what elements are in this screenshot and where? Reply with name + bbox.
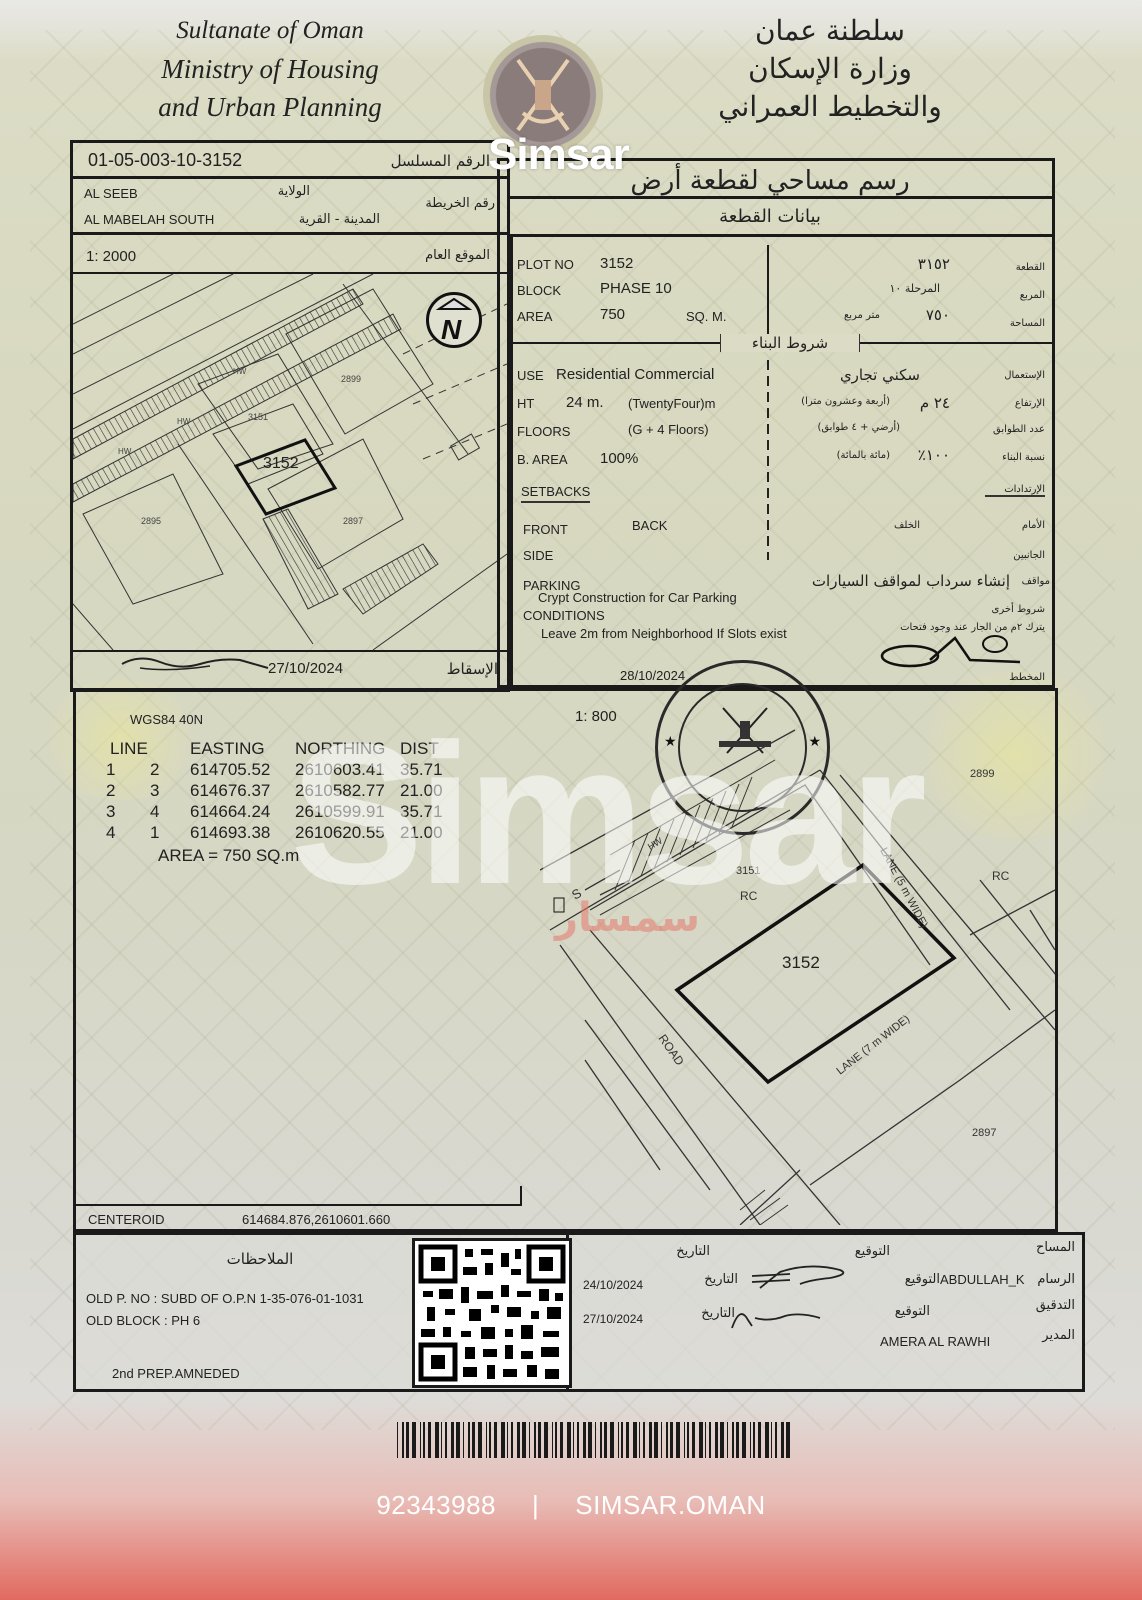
use-label-ar: الإستعمال — [980, 370, 1045, 381]
planner-label-ar: المخطط — [1000, 672, 1045, 683]
svg-text:3152: 3152 — [263, 455, 299, 472]
plot-no-label: PLOT NO — [517, 257, 574, 272]
qr-code[interactable] — [412, 1238, 572, 1388]
area-unit: SQ. M. — [686, 309, 726, 324]
svg-text:N: N — [441, 314, 462, 345]
area-summary: AREA = 750 SQ.m — [158, 846, 299, 866]
planner-signature — [870, 630, 1030, 672]
watermark-brand-ar: سمسار — [555, 895, 700, 941]
draftsman-date: 24/10/2024 — [583, 1278, 643, 1292]
village-label: المدينة - القرية — [260, 212, 380, 227]
checker-signature — [730, 1300, 830, 1330]
area-label: AREA — [517, 309, 552, 324]
old-block: OLD BLOCK : PH 6 — [86, 1313, 200, 1328]
cell-to: 1 — [140, 822, 190, 843]
height-words: (TwentyFour)m — [628, 396, 715, 411]
checker-signature-label: التوقيع — [860, 1304, 930, 1319]
serial-label: الرقم المسلسل — [340, 152, 490, 170]
parking-ar: إنشاء سرداب لمواقف السيارات — [780, 572, 1010, 590]
block-label-ar: المربع — [990, 290, 1045, 301]
height-words-ar: (أربعة وعشرون مترا) — [780, 396, 890, 407]
side-label: SIDE — [523, 548, 553, 563]
plot-data-title: بيانات القطعة — [600, 206, 940, 227]
draftsman-signature-label: التوقيع — [880, 1272, 940, 1287]
ministry-name-arabic: سلطنة عمان وزارة الإسكان والتخطيط العمرا… — [700, 12, 960, 126]
surveyor-label: المساح — [1010, 1240, 1075, 1255]
surveyor-signature-label: التوقيع — [820, 1244, 890, 1259]
svg-text:HW: HW — [118, 447, 132, 456]
building-area-ar: ١٠٠٪ — [895, 446, 950, 464]
setbacks-label: SETBACKS — [521, 484, 590, 503]
cell-easting: 614664.24 — [190, 801, 295, 822]
footer-handle[interactable]: SIMSAR.OMAN — [575, 1490, 765, 1521]
cell-easting: 614693.38 — [190, 822, 295, 843]
footer-contact: 92343988|SIMSAR.OMAN — [0, 1490, 1142, 1521]
setbacks-label-ar: الإرتدادات — [985, 484, 1045, 497]
conditions-label: CONDITIONS — [523, 608, 605, 623]
svg-text:3151: 3151 — [248, 412, 268, 422]
building-conditions-title: شروط البناء — [720, 334, 860, 352]
plot-no-ar: ٣١٥٢ — [880, 255, 950, 273]
svg-text:2897: 2897 — [972, 1127, 996, 1139]
height-label-ar: الإرتفاع — [980, 398, 1045, 409]
floors-label-ar: عدد الطوابق — [970, 424, 1045, 435]
datum-label: WGS84 40N — [130, 712, 203, 727]
block-ar: المرحلة ١٠ — [860, 282, 940, 295]
centroid-value: 614684.876,2610601.660 — [242, 1212, 390, 1227]
cell-easting: 614676.37 — [190, 780, 295, 801]
general-location-label: الموقع العام — [370, 248, 490, 263]
wilayat-value: AL SEEB — [84, 186, 138, 201]
side-label-ar: الجانبين — [975, 550, 1045, 561]
use-value: Residential Commercial — [556, 366, 714, 383]
back-label-ar: الخلف — [870, 520, 920, 531]
use-ar: سكني تجاري — [830, 366, 920, 384]
height-label: HT — [517, 396, 534, 411]
draftsman-label: الرسام — [1020, 1272, 1075, 1287]
conditions-label-ar: شروط أخرى — [985, 604, 1045, 615]
checker-date-label: التاريخ — [655, 1306, 735, 1321]
ministry-name-english: Sultanate of Oman Ministry of Housing an… — [120, 12, 420, 126]
cell-from: 4 — [100, 822, 140, 843]
remarks-note: 2nd PREP.AMNEDED — [112, 1366, 240, 1381]
block-label: BLOCK — [517, 283, 561, 298]
svg-text:2899: 2899 — [970, 768, 994, 780]
svg-text:2895: 2895 — [141, 516, 161, 526]
use-label: USE — [517, 368, 544, 383]
floors-ar: (أرضي + ٤ طوابق) — [790, 422, 900, 433]
checker-label: التدقيق — [1010, 1298, 1075, 1313]
manager-name: AMERA AL RAWHI — [880, 1334, 990, 1349]
floors-label: FLOORS — [517, 424, 570, 439]
front-label-ar: الأمام — [1000, 520, 1045, 531]
area-label-ar: المساحة — [990, 318, 1045, 329]
draftsman-signature — [750, 1262, 860, 1292]
serial-number: 01-05-003-10-3152 — [88, 150, 242, 171]
plot-no-value: 3152 — [600, 255, 633, 272]
svg-text:HW: HW — [177, 417, 191, 426]
document-title: رسم مساحي لقطعة أرض — [600, 166, 940, 196]
surveyor-date-label: التاريخ — [650, 1244, 710, 1259]
projection-signature — [120, 652, 270, 676]
wilayat-label: الولاية — [240, 184, 310, 199]
north-arrow-icon: N — [426, 292, 482, 348]
cell-to: 2 — [140, 759, 190, 780]
barcode — [395, 1420, 795, 1460]
cell-from: 1 — [100, 759, 140, 780]
height-value: 24 m. — [566, 394, 604, 411]
parking-value: Crypt Construction for Car Parking — [538, 590, 737, 605]
conditions-date: 28/10/2024 — [620, 668, 685, 683]
svg-text:LANE (7 m WIDE): LANE (7 m WIDE) — [834, 1013, 912, 1077]
svg-text:3152: 3152 — [782, 953, 820, 972]
svg-text:HW: HW — [233, 367, 247, 376]
conditions-value: Leave 2m from Neighborhood If Slots exis… — [541, 626, 787, 641]
area-ar: ٧٥٠ — [900, 306, 950, 324]
footer-separator: | — [532, 1490, 539, 1521]
brand-watermark-top: Simsar — [488, 130, 629, 180]
height-ar: ٢٤ م — [895, 394, 950, 412]
cell-from: 2 — [100, 780, 140, 801]
area-unit-ar: متر مربع — [810, 310, 880, 321]
svg-text:2899: 2899 — [341, 374, 361, 384]
front-label: FRONT — [523, 522, 568, 537]
cell-to: 4 — [140, 801, 190, 822]
svg-text:ROAD: ROAD — [656, 1032, 688, 1069]
floors-value: (G + 4 Floors) — [628, 422, 709, 437]
svg-text:2897: 2897 — [343, 516, 363, 526]
projection-date: 27/10/2024 — [268, 660, 343, 677]
draftsman-date-label: التاريخ — [658, 1272, 738, 1287]
general-scale: 1: 2000 — [86, 248, 136, 265]
cell-from: 3 — [100, 801, 140, 822]
manager-label: المدير — [1020, 1328, 1075, 1343]
footer-phone[interactable]: 92343988 — [376, 1490, 496, 1521]
old-plot-number: OLD P. NO : SUBD OF O.P.N 1-35-076-01-10… — [86, 1291, 364, 1306]
parking-label-ar: مواقف — [1010, 576, 1050, 587]
checker-date: 27/10/2024 — [583, 1312, 643, 1326]
building-area-value: 100% — [600, 450, 638, 467]
document-page: Sultanate of Oman Ministry of Housing an… — [0, 0, 1142, 1600]
svg-text:RC: RC — [992, 869, 1010, 883]
plot-no-label-ar: القطعة — [990, 262, 1045, 273]
cell-to: 3 — [140, 780, 190, 801]
projection-label: الإسقاط — [420, 660, 498, 678]
back-label: BACK — [632, 518, 667, 533]
draftsman-name: ABDULLAH_K — [940, 1272, 1025, 1287]
centroid-label: CENTEROID — [88, 1212, 165, 1227]
cell-easting: 614705.52 — [190, 759, 295, 780]
building-area-words-ar: (مائة بالمائة) — [800, 450, 890, 461]
area-value: 750 — [600, 306, 625, 323]
village-value: AL MABELAH SOUTH — [84, 212, 214, 227]
block-value: PHASE 10 — [600, 280, 672, 297]
map-no-label: رقم الخريطة — [395, 196, 495, 211]
remarks-title: الملاحظات — [200, 1250, 320, 1268]
building-area-label: B. AREA — [517, 452, 568, 467]
building-area-label-ar: نسبة البناء — [965, 452, 1045, 463]
